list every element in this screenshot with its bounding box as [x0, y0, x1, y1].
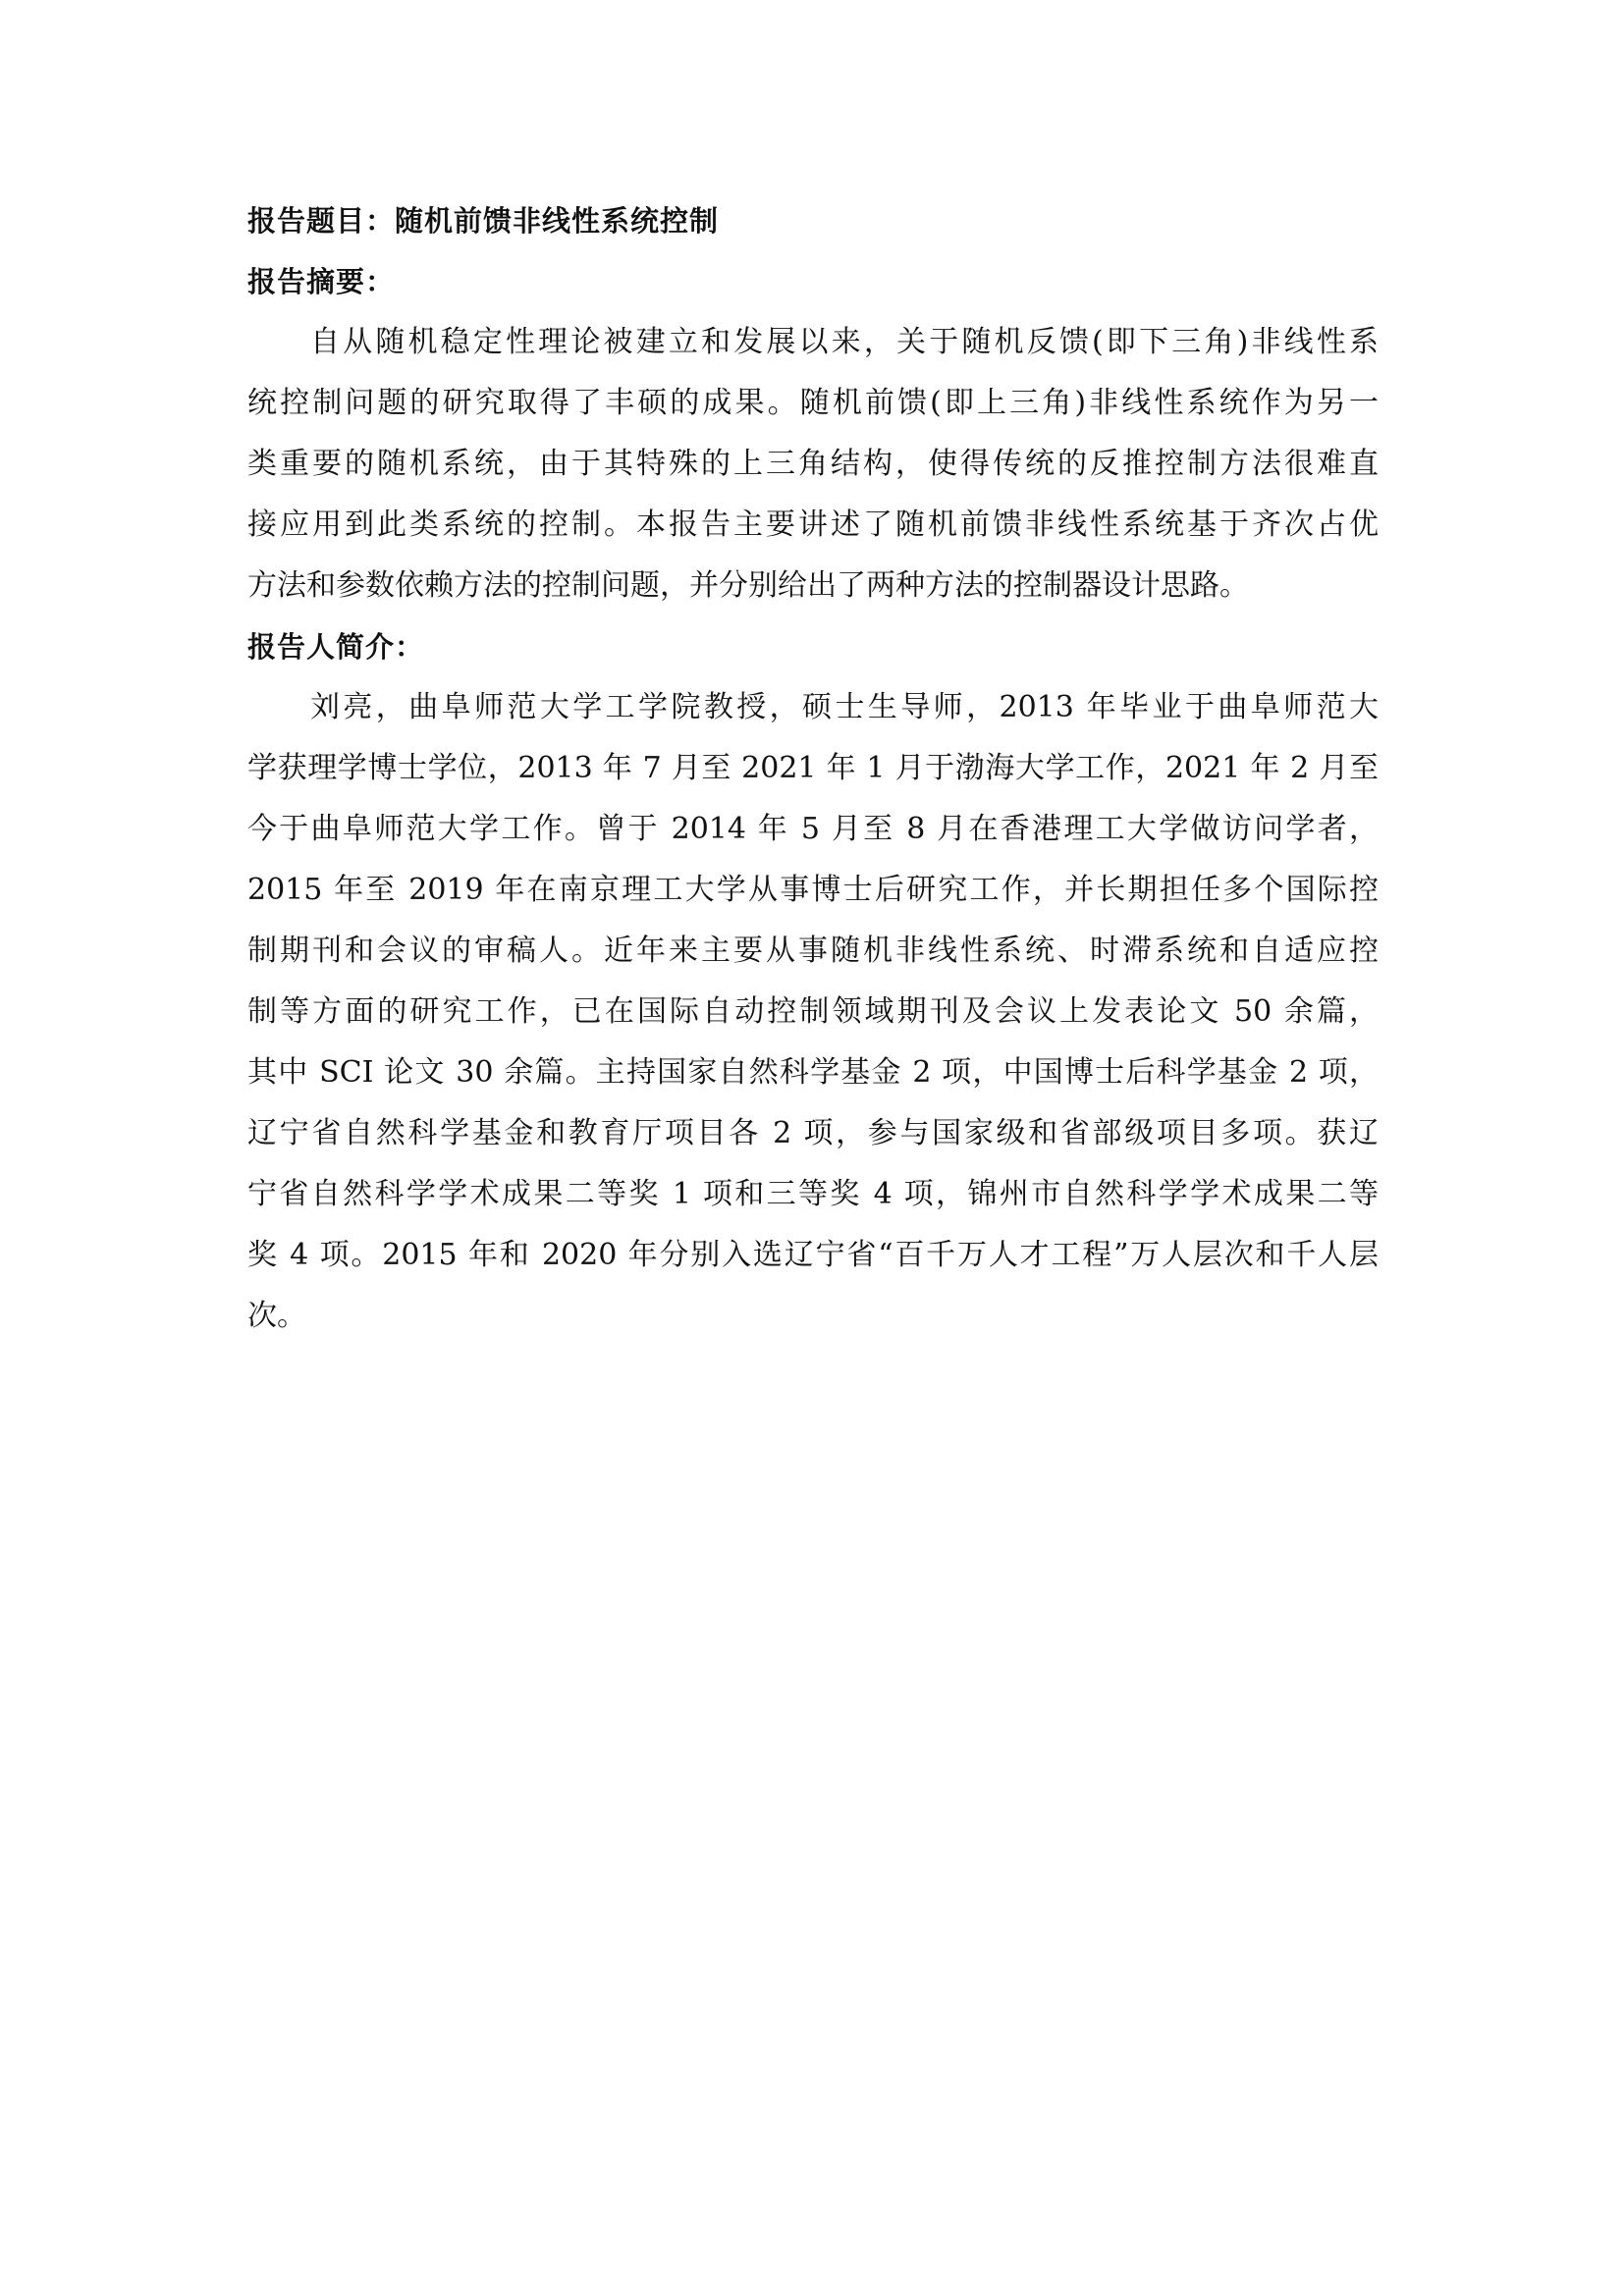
bio-paragraph: 刘亮，曲阜师范大学工学院教授，硕士生导师，2013 年毕业于曲阜师范大 学获理学… — [247, 677, 1379, 1347]
abstract-line: 统控制问题的研究取得了丰硕的成果。随机前馈(即上三角)非线性系统作为另一 — [247, 373, 1379, 434]
bio-line: 其中 SCI 论文 30 余篇。主持国家自然科学基金 2 项，中国博士后科学基金… — [247, 1042, 1379, 1103]
bio-line: 刘亮，曲阜师范大学工学院教授，硕士生导师，2013 年毕业于曲阜师范大 — [247, 677, 1379, 738]
bio-line: 次。 — [247, 1286, 1379, 1347]
abstract-line: 方法和参数依赖方法的控制问题，并分别给出了两种方法的控制器设计思路。 — [247, 556, 1379, 616]
abstract-line: 类重要的随机系统，由于其特殊的上三角结构，使得传统的反推控制方法很难直 — [247, 434, 1379, 495]
bio-line: 宁省自然科学学术成果二等奖 1 项和三等奖 4 项，锦州市自然科学学术成果二等 — [247, 1164, 1379, 1225]
report-title-label: 报告题目： — [247, 204, 395, 238]
bio-line: 奖 4 项。2015 年和 2020 年分别入选辽宁省“百千万人才工程”万人层次… — [247, 1225, 1379, 1286]
bio-line: 今于曲阜师范大学工作。曾于 2014 年 5 月至 8 月在香港理工大学做访问学… — [247, 799, 1379, 860]
bio-line: 2015 年至 2019 年在南京理工大学从事博士后研究工作，并长期担任多个国际… — [247, 860, 1379, 921]
report-title-value: 随机前馈非线性系统控制 — [395, 204, 719, 238]
document-page: 报告题目：随机前馈非线性系统控制 报告摘要： 自从随机稳定性理论被建立和发展以来… — [247, 190, 1379, 1347]
report-title: 报告题目：随机前馈非线性系统控制 — [247, 190, 1379, 251]
bio-line: 辽宁省自然科学基金和教育厅项目各 2 项，参与国家级和省部级项目多项。获辽 — [247, 1103, 1379, 1164]
abstract-heading: 报告摘要： — [247, 251, 1379, 312]
abstract-line: 自从随机稳定性理论被建立和发展以来，关于随机反馈(即下三角)非线性系 — [247, 312, 1379, 373]
bio-line: 学获理学博士学位，2013 年 7 月至 2021 年 1 月于渤海大学工作，2… — [247, 738, 1379, 799]
bio-line: 制等方面的研究工作，已在国际自动控制领域期刊及会议上发表论文 50 余篇， — [247, 982, 1379, 1042]
bio-heading: 报告人简介： — [247, 616, 1379, 677]
abstract-line: 接应用到此类系统的控制。本报告主要讲述了随机前馈非线性系统基于齐次占优 — [247, 495, 1379, 556]
bio-line: 制期刊和会议的审稿人。近年来主要从事随机非线性系统、时滞系统和自适应控 — [247, 921, 1379, 982]
abstract-paragraph: 自从随机稳定性理论被建立和发展以来，关于随机反馈(即下三角)非线性系 统控制问题… — [247, 312, 1379, 616]
